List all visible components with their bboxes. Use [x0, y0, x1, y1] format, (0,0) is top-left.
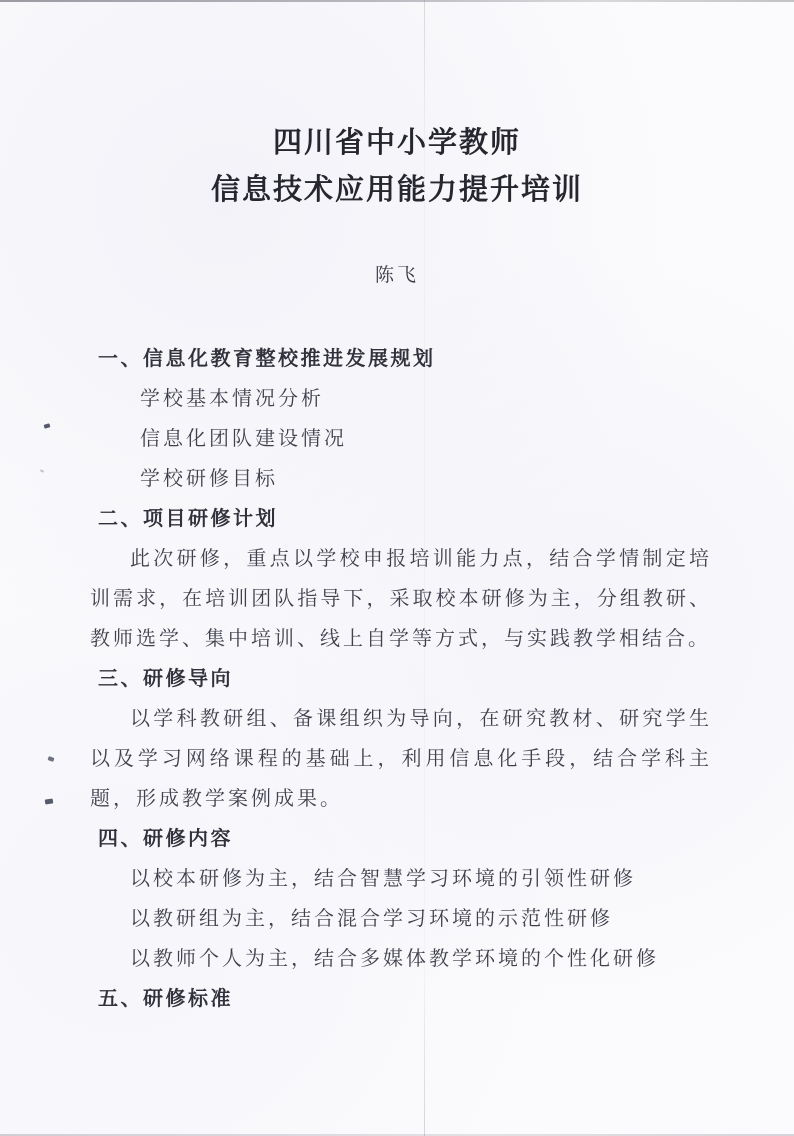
section-1-item-3: 学校研修目标 — [90, 459, 712, 499]
document-title: 四川省中小学教师 信息技术应用能力提升培训 — [20, 120, 774, 214]
scan-speck — [45, 798, 54, 804]
section-4-item-2: 以教研组为主，结合混合学习环境的示范性研修 — [90, 899, 712, 939]
document-title-line1: 四川省中小学教师 — [20, 120, 774, 167]
section-4-item-1: 以校本研修为主，结合智慧学习环境的引领性研修 — [90, 859, 712, 899]
section-1-heading: 一、信息化教育整校推进发展规划 — [90, 339, 712, 379]
author-name: 陈飞 — [0, 260, 794, 287]
scanned-document-page: 四川省中小学教师 信息技术应用能力提升培训 陈飞 一、信息化教育整校推进发展规划… — [0, 0, 794, 1136]
section-3-heading: 三、研修导向 — [90, 659, 712, 699]
section-2-heading: 二、项目研修计划 — [90, 499, 712, 539]
section-4-item-3: 以教师个人为主，结合多媒体教学环境的个性化研修 — [90, 939, 712, 979]
section-3-paragraph: 以学科教研组、备课组织为导向，在研究教材、研究学生以及学习网络课程的基础上，利用… — [90, 699, 712, 819]
scan-crease-line — [424, 0, 425, 1136]
scan-top-edge — [0, 0, 794, 2]
section-1-item-1: 学校基本情况分析 — [90, 379, 712, 419]
scan-speck — [40, 469, 44, 473]
section-2-paragraph: 此次研修，重点以学校申报培训能力点，结合学情制定培训需求，在培训团队指导下，采取… — [90, 539, 712, 659]
scan-speck — [44, 423, 51, 428]
scan-speck — [47, 756, 54, 762]
document-title-line2: 信息技术应用能力提升培训 — [20, 167, 774, 214]
section-4-heading: 四、研修内容 — [90, 819, 712, 859]
section-5-heading: 五、研修标准 — [90, 979, 712, 1019]
section-1-item-2: 信息化团队建设情况 — [90, 419, 712, 459]
document-body: 一、信息化教育整校推进发展规划 学校基本情况分析 信息化团队建设情况 学校研修目… — [90, 339, 712, 1019]
